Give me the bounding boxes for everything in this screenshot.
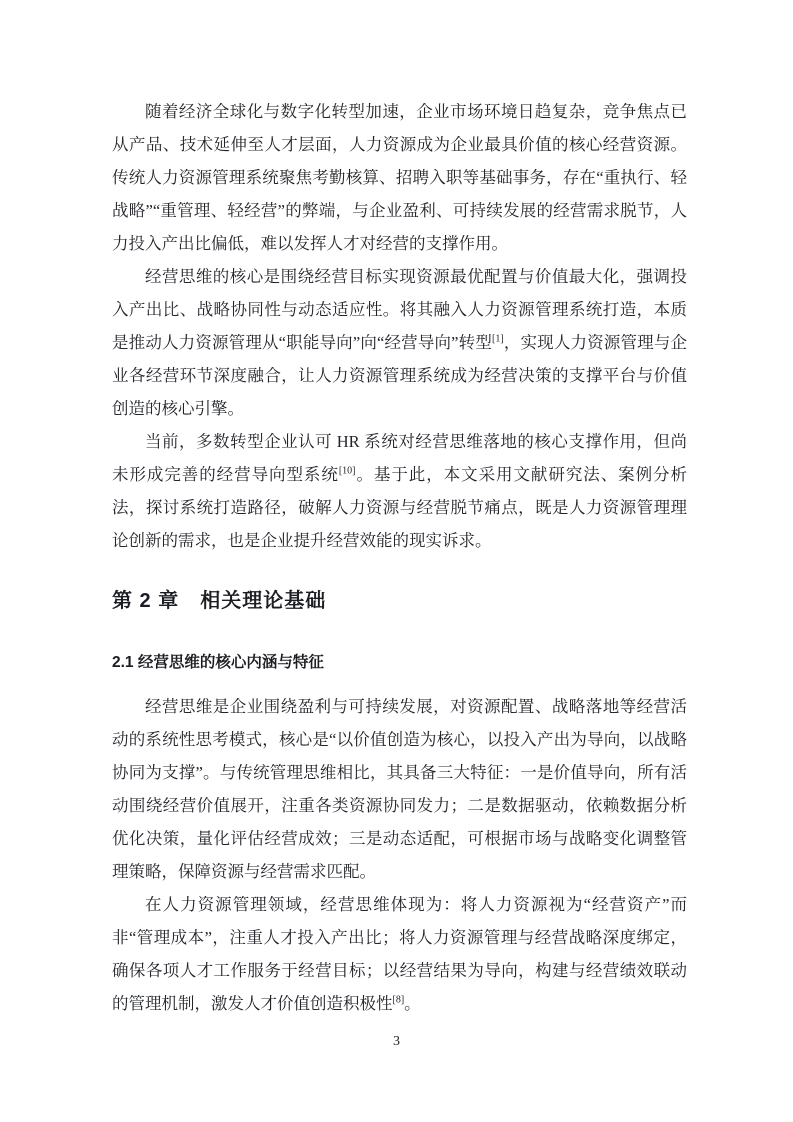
text-run: 随着经济全球化与数字化转型加速，企业市场环境日趋复杂，竞争焦点已从产品、技术延伸… — [112, 102, 687, 253]
paragraph: 当前，多数转型企业认可 HR 系统对经营思维落地的核心支撑作用，但尚未形成完善的… — [112, 425, 687, 557]
citation-marker: [1] — [492, 334, 504, 345]
citation-marker: [8] — [393, 995, 405, 1006]
paragraph: 经营思维是企业围绕盈利与可持续发展，对资源配置、战略落地等经营活动的系统性思考模… — [112, 690, 687, 888]
chapter-heading: 第 2 章 相关理论基础 — [112, 587, 687, 615]
page-number: 3 — [0, 1032, 793, 1052]
text-run: 经营思维是企业围绕盈利与可持续发展，对资源配置、战略落地等经营活动的系统性思考模… — [112, 697, 687, 881]
section-heading: 2.1 经营思维的核心内涵与特征 — [112, 652, 687, 674]
paragraph: 在人力资源管理领域，经营思维体现为：将人力资源视为“经营资产”而非“管理成本”，… — [112, 888, 687, 1020]
document-page: 随着经济全球化与数字化转型加速，企业市场环境日趋复杂，竞争焦点已从产品、技术延伸… — [0, 0, 793, 1122]
text-run: 。 — [404, 994, 421, 1013]
intro-paragraphs: 随着经济全球化与数字化转型加速，企业市场环境日趋复杂，竞争焦点已从产品、技术延伸… — [112, 95, 687, 557]
paragraph: 经营思维的核心是围绕经营目标实现资源最优配置与价值最大化，强调投入产出比、战略协… — [112, 260, 687, 425]
citation-marker: [10] — [339, 466, 356, 477]
paragraph: 随着经济全球化与数字化转型加速，企业市场环境日趋复杂，竞争焦点已从产品、技术延伸… — [112, 95, 687, 260]
section-paragraphs: 经营思维是企业围绕盈利与可持续发展，对资源配置、战略落地等经营活动的系统性思考模… — [112, 690, 687, 1020]
page-content: 随着经济全球化与数字化转型加速，企业市场环境日趋复杂，竞争焦点已从产品、技术延伸… — [112, 0, 687, 1020]
